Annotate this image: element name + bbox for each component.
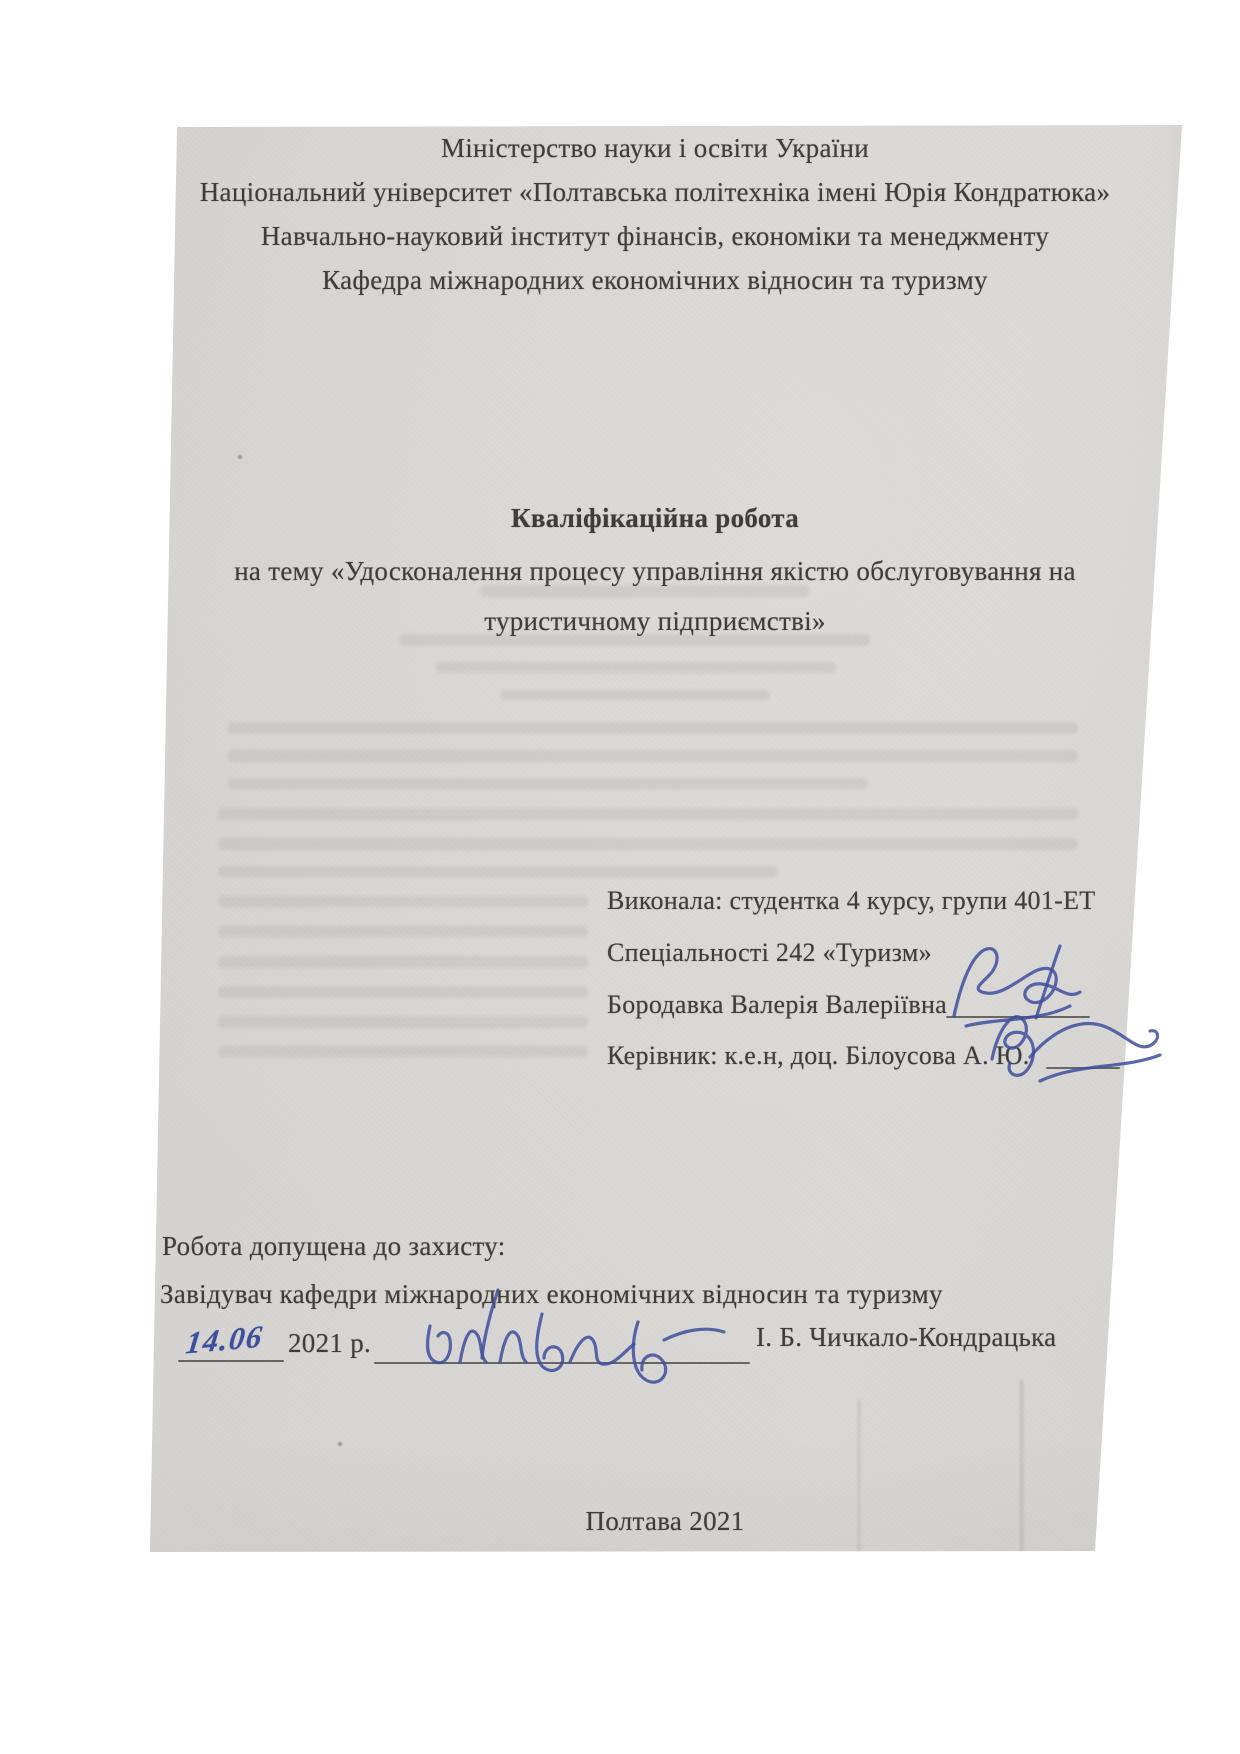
handwritten-date: 14.06 — [184, 1318, 265, 1361]
city-year-line: Полтава 2021 — [180, 1506, 1150, 1537]
topic-line-2: туристичному підприємстві» — [170, 606, 1140, 637]
performed-by-line: Виконала: студентка 4 курсу, групи 401-Е… — [607, 886, 1095, 916]
ministry-line: Міністерство науки і освіти України — [170, 133, 1140, 164]
work-type-title: Кваліфікаційна робота — [170, 503, 1140, 534]
scan-speck — [1188, 760, 1192, 764]
year-label: 2021 р. — [288, 1328, 371, 1359]
specialty-line: Спеціальності 242 «Туризм» — [607, 938, 932, 968]
university-line: Національний університет «Полтавська пол… — [170, 177, 1140, 208]
institute-line: Навчально-науковий інститут фінансів, ек… — [170, 221, 1140, 252]
scan-speck — [238, 455, 242, 459]
scan-speck — [338, 1442, 342, 1446]
scanned-page: Міністерство науки і освіти України Наці… — [0, 0, 1240, 1754]
student-name-line: Бородавка Валерія Валеріївна — [607, 990, 947, 1020]
head-name: І. Б. Чичкало-Кондрацька — [756, 1322, 1056, 1353]
admitted-line: Робота допущена до захисту: — [162, 1231, 506, 1262]
supervisor-signature — [982, 995, 1162, 1100]
department-line: Кафедра міжнародних економічних відносин… — [170, 265, 1140, 296]
supervisor-line: Керівник: к.е.н, доц. Білоусова А. Ю. — [607, 1041, 1030, 1071]
topic-line-1: на тему «Удосконалення процесу управлінн… — [170, 556, 1140, 587]
paper-crease — [1020, 1380, 1023, 1552]
paper-crease — [858, 1400, 860, 1552]
head-signature — [402, 1278, 732, 1413]
